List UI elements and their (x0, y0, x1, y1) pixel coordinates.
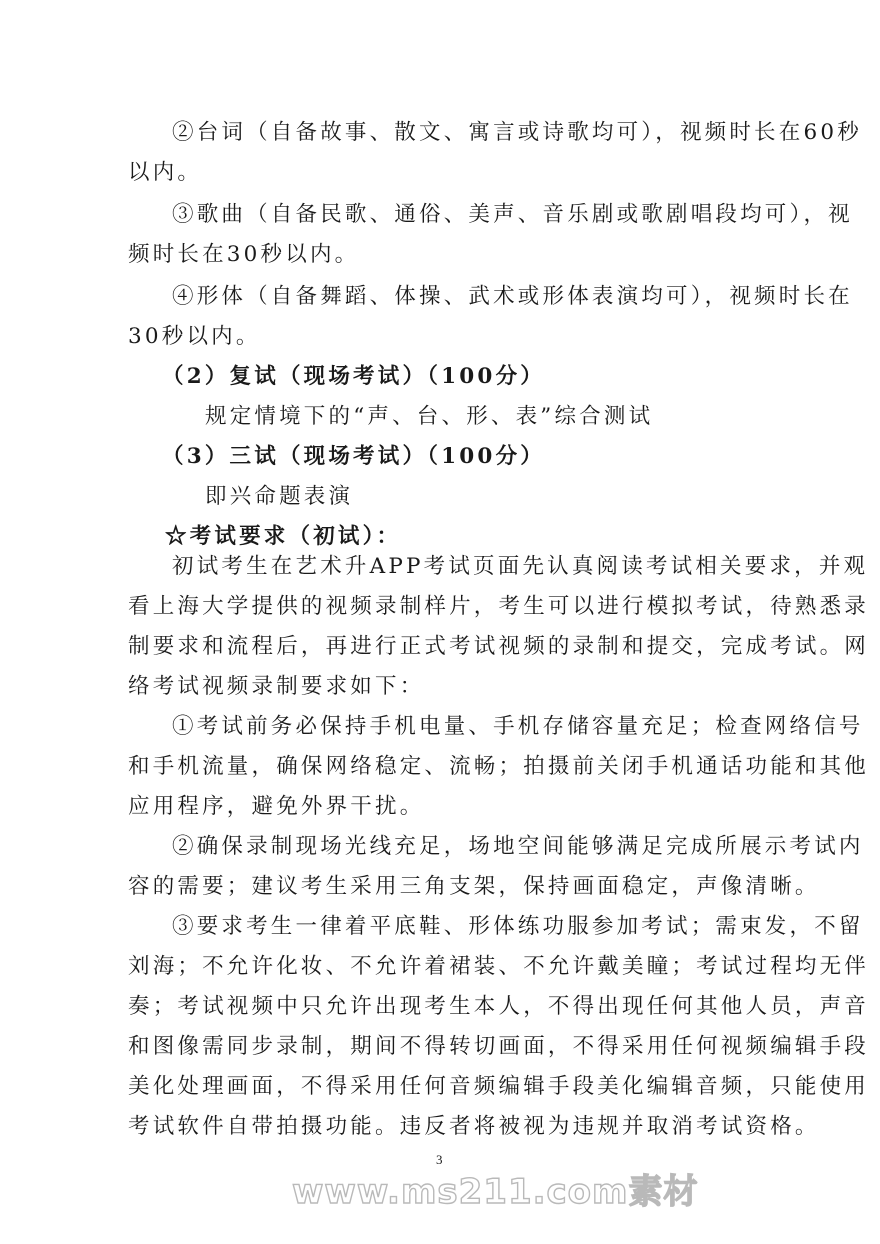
text-line: （3）三试（现场考试）（100分） (162, 442, 545, 472)
text-line: 即兴命题表演 (205, 482, 353, 512)
text-line: 规定情境下的“声、台、形、表”综合测试 (205, 402, 653, 432)
text-line: ②台词（自备故事、散文、寓言或诗歌均可），视频时长在60秒 (172, 118, 862, 148)
text-line: 应用程序，避免外界干扰。 (128, 792, 424, 822)
document-page: ②台词（自备故事、散文、寓言或诗歌均可），视频时长在60秒以内。③歌曲（自备民歌… (0, 0, 880, 1244)
text-line: 和图像需同步录制，期间不得转切画面，不得采用任何视频编辑手段 (128, 1032, 869, 1062)
text-line: ①考试前务必保持手机电量、手机存储容量充足；检查网络信号 (172, 712, 864, 742)
text-line: ③歌曲（自备民歌、通俗、美声、音乐剧或歌剧唱段均可），视 (172, 200, 853, 230)
text-line: ☆考试要求（初试）： (165, 522, 401, 552)
text-line: 频时长在30秒以内。 (128, 240, 359, 270)
text-line: 和手机流量，确保网络稳定、流畅；拍摄前关闭手机通话功能和其他 (128, 752, 869, 782)
watermark: www.ms211.com素材 (292, 1164, 698, 1213)
text-line: （2）复试（现场考试）（100分） (162, 362, 545, 392)
text-line: 络考试视频录制要求如下： (128, 672, 424, 702)
text-line: 美化处理画面，不得采用任何音频编辑手段美化编辑音频，只能使用 (128, 1072, 869, 1102)
text-line: 30秒以内。 (128, 322, 261, 352)
text-line: ②确保录制现场光线充足，场地空间能够满足完成所展示考试内 (172, 832, 864, 862)
text-line: 奏；考试视频中只允许出现考生本人，不得出现任何其他人员，声音 (128, 992, 869, 1022)
text-line: ④形体（自备舞蹈、体操、武术或形体表演均可），视频时长在 (172, 282, 853, 312)
text-line: 考试软件自带拍摄功能。违反者将被视为违规并取消考试资格。 (128, 1112, 820, 1142)
text-line: 刘海；不允许化妆、不允许着裙装、不允许戴美瞳；考试过程均无伴 (128, 952, 869, 982)
text-line: ③要求考生一律着平底鞋、形体练功服参加考试；需束发，不留 (172, 912, 864, 942)
text-line: 以内。 (128, 158, 202, 188)
text-line: 容的需要；建议考生采用三角支架，保持画面稳定，声像清晰。 (128, 872, 820, 902)
text-line: 制要求和流程后，再进行正式考试视频的录制和提交，完成考试。网 (128, 632, 869, 662)
text-line: 看上海大学提供的视频录制样片，考生可以进行模拟考试，待熟悉录 (128, 592, 869, 622)
text-line: 初试考生在艺术升APP考试页面先认真阅读考试相关要求，并观 (172, 552, 868, 582)
